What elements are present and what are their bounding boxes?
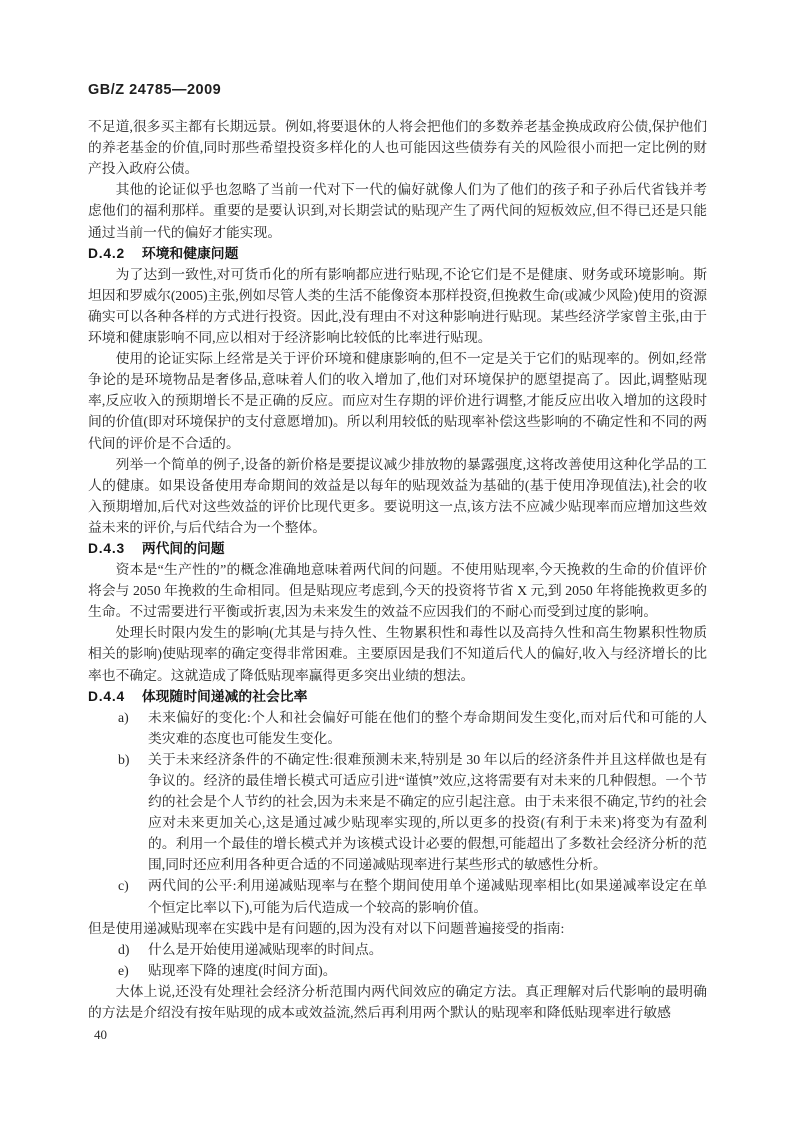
paragraph: 资本是“生产性的”的概念准确地意味着两代间的问题。不使用贴现率,今天挽救的生命的… bbox=[88, 559, 707, 622]
list-item-label: a) bbox=[118, 707, 148, 749]
list-item-a: a) 未来偏好的变化:个人和社会偏好可能在他们的整个寿命期间发生变化,而对后代和… bbox=[118, 707, 707, 749]
section-number: D.4.3 bbox=[88, 541, 125, 556]
list-item-text: 贴现率下降的速度(时间方面)。 bbox=[148, 960, 707, 981]
paragraph: 其他的论证似乎也忽略了当前一代对下一代的偏好就像人们为了他们的孩子和子孙后代省钱… bbox=[88, 179, 707, 242]
list-item-label: d) bbox=[118, 939, 148, 960]
standard-number: GB/Z 24785—2009 bbox=[88, 82, 221, 98]
page-number: 40 bbox=[94, 1027, 107, 1042]
list-item-text: 两代间的公平:利用递减贴现率与在整个期间使用单个递减贴现率相比(如果递减率设定在… bbox=[148, 875, 707, 917]
paragraph: 大体上说,还没有处理社会经济分析范围内两代间效应的确定方法。真正理解对后代影响的… bbox=[88, 981, 707, 1023]
paragraph: 不足道,很多买主都有长期远景。例如,将要退休的人将会把他们的多数养老基金换成政府… bbox=[88, 116, 707, 179]
list-item-text: 关于未来经济条件的不确定性:很难预测未来,特别是 30 年以后的经济条件并且这样… bbox=[148, 749, 707, 876]
paragraph: 但是使用递减贴现率在实践中是有问题的,因为没有对以下问题普遍接受的指南: bbox=[88, 918, 707, 939]
list-item-c: c) 两代间的公平:利用递减贴现率与在整个期间使用单个递减贴现率相比(如果递减率… bbox=[118, 875, 707, 917]
section-heading-d42: D.4.2 环境和健康问题 bbox=[88, 243, 707, 264]
list-item-e: e) 贴现率下降的速度(时间方面)。 bbox=[118, 960, 707, 981]
section-heading-d43: D.4.3 两代间的问题 bbox=[88, 538, 707, 559]
paragraph: 使用的论证实际上经常是关于评价环境和健康影响的,但不一定是关于它们的贴现率的。例… bbox=[88, 348, 707, 453]
section-title: 环境和健康问题 bbox=[142, 246, 239, 261]
section-number: D.4.4 bbox=[88, 689, 125, 704]
document-header: GB/Z 24785—2009 bbox=[88, 80, 707, 101]
list-item-label: b) bbox=[118, 749, 148, 876]
paragraph: 列举一个简单的例子,设备的新价格是要提议减少排放物的暴露强度,这将改善使用这种化… bbox=[88, 454, 707, 538]
document-body: 不足道,很多买主都有长期远景。例如,将要退休的人将会把他们的多数养老基金换成政府… bbox=[88, 116, 707, 1023]
section-title: 体现随时间递减的社会比率 bbox=[142, 689, 308, 704]
list-item-b: b) 关于未来经济条件的不确定性:很难预测未来,特别是 30 年以后的经济条件并… bbox=[118, 749, 707, 876]
list-item-label: c) bbox=[118, 875, 148, 917]
paragraph: 处理长时限内发生的影响(尤其是与持久性、生物累积性和毒性以及高持久性和高生物累积… bbox=[88, 622, 707, 685]
list-item-label: e) bbox=[118, 960, 148, 981]
list-item-text: 什么是开始使用递减贴现率的时间点。 bbox=[148, 939, 707, 960]
list-item-d: d) 什么是开始使用递减贴现率的时间点。 bbox=[118, 939, 707, 960]
document-page: GB/Z 24785—2009 不足道,很多买主都有长期远景。例如,将要退休的人… bbox=[0, 0, 794, 1123]
list-item-text: 未来偏好的变化:个人和社会偏好可能在他们的整个寿命期间发生变化,而对后代和可能的… bbox=[148, 707, 707, 749]
document-footer: 40 bbox=[88, 1024, 707, 1045]
paragraph: 为了达到一致性,对可货币化的所有影响都应进行贴现,不论它们是不是健康、财务或环境… bbox=[88, 264, 707, 348]
section-heading-d44: D.4.4 体现随时间递减的社会比率 bbox=[88, 686, 707, 707]
section-number: D.4.2 bbox=[88, 246, 125, 261]
section-title: 两代间的问题 bbox=[142, 541, 225, 556]
